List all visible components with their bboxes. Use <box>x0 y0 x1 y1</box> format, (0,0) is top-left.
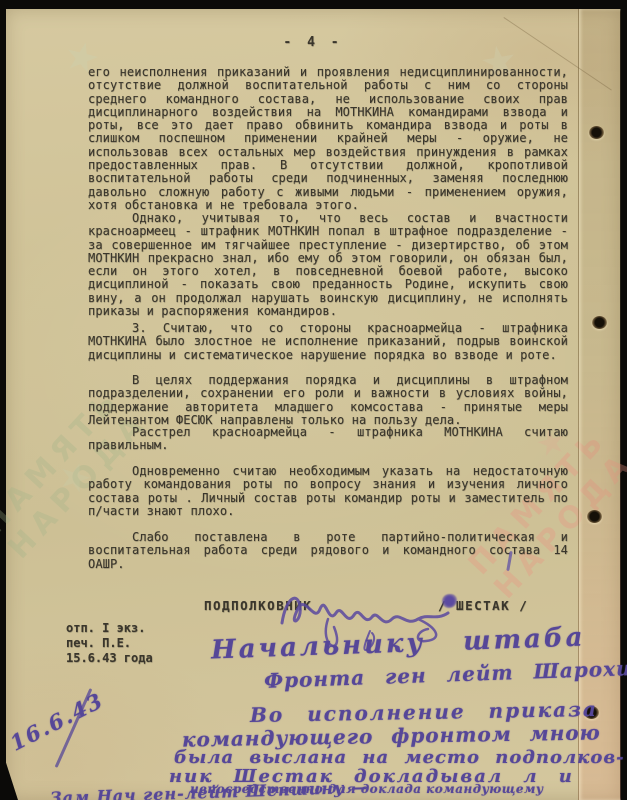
handwritten-note-line1: Во исполнение приказа <box>250 697 598 727</box>
paragraph-criticism: Одновременно считаю необходимым указать … <box>88 465 568 518</box>
scanner-corner-shadow <box>0 744 18 800</box>
punch-hole <box>592 316 607 329</box>
handwritten-note-line6: Зам Нач ген-лейт Шеншину — <box>50 777 369 800</box>
paragraph-political-work: Слабо поставлена в роте партийно-политич… <box>88 531 568 571</box>
handwritten-note-line5: непосредственно для доклада командующему <box>190 782 544 796</box>
handwritten-margin-date: 16.6.43 <box>6 687 108 755</box>
paragraph-goals: В целях поддержания порядка и дисциплины… <box>88 374 568 427</box>
paragraph-odnako: Однако, учитывая то, что весь состав и в… <box>88 212 568 318</box>
paragraph-continuation: его неисполнения приказаний и проявления… <box>88 66 568 212</box>
handwritten-note-line3: была выслана на место подполков- <box>174 747 625 768</box>
document-page: ПАМЯТЬ НАРОДА ПАМЯТЬ НАРОДА ★ ★ ★ ★ - 4 … <box>6 9 620 800</box>
imprint-typist-line: печ. П.Е. <box>66 636 153 651</box>
pen-flourish-stroke <box>55 688 93 768</box>
punch-hole <box>587 510 602 523</box>
imprint-date-line: 15.6.43 года <box>66 651 153 666</box>
handwritten-note-line4: ник Шестак докладывал л и <box>169 766 574 787</box>
imprint-copies-line: отп. I экз. <box>66 621 153 636</box>
copies-imprint: отп. I экз. печ. П.Е. 15.6.43 года <box>66 621 153 666</box>
page-number: - 4 - <box>6 35 620 50</box>
handwritten-note-line2: командующего фронтом мною <box>182 720 601 751</box>
paragraph-item3: 3. Считаю, что со стороны красноармейца … <box>88 322 568 362</box>
punch-hole <box>584 706 599 719</box>
signature-scribble <box>274 573 464 661</box>
punch-hole <box>589 126 604 139</box>
paragraph-verdict: Расстрел красноармейца - штрафника МОТНК… <box>88 426 568 453</box>
